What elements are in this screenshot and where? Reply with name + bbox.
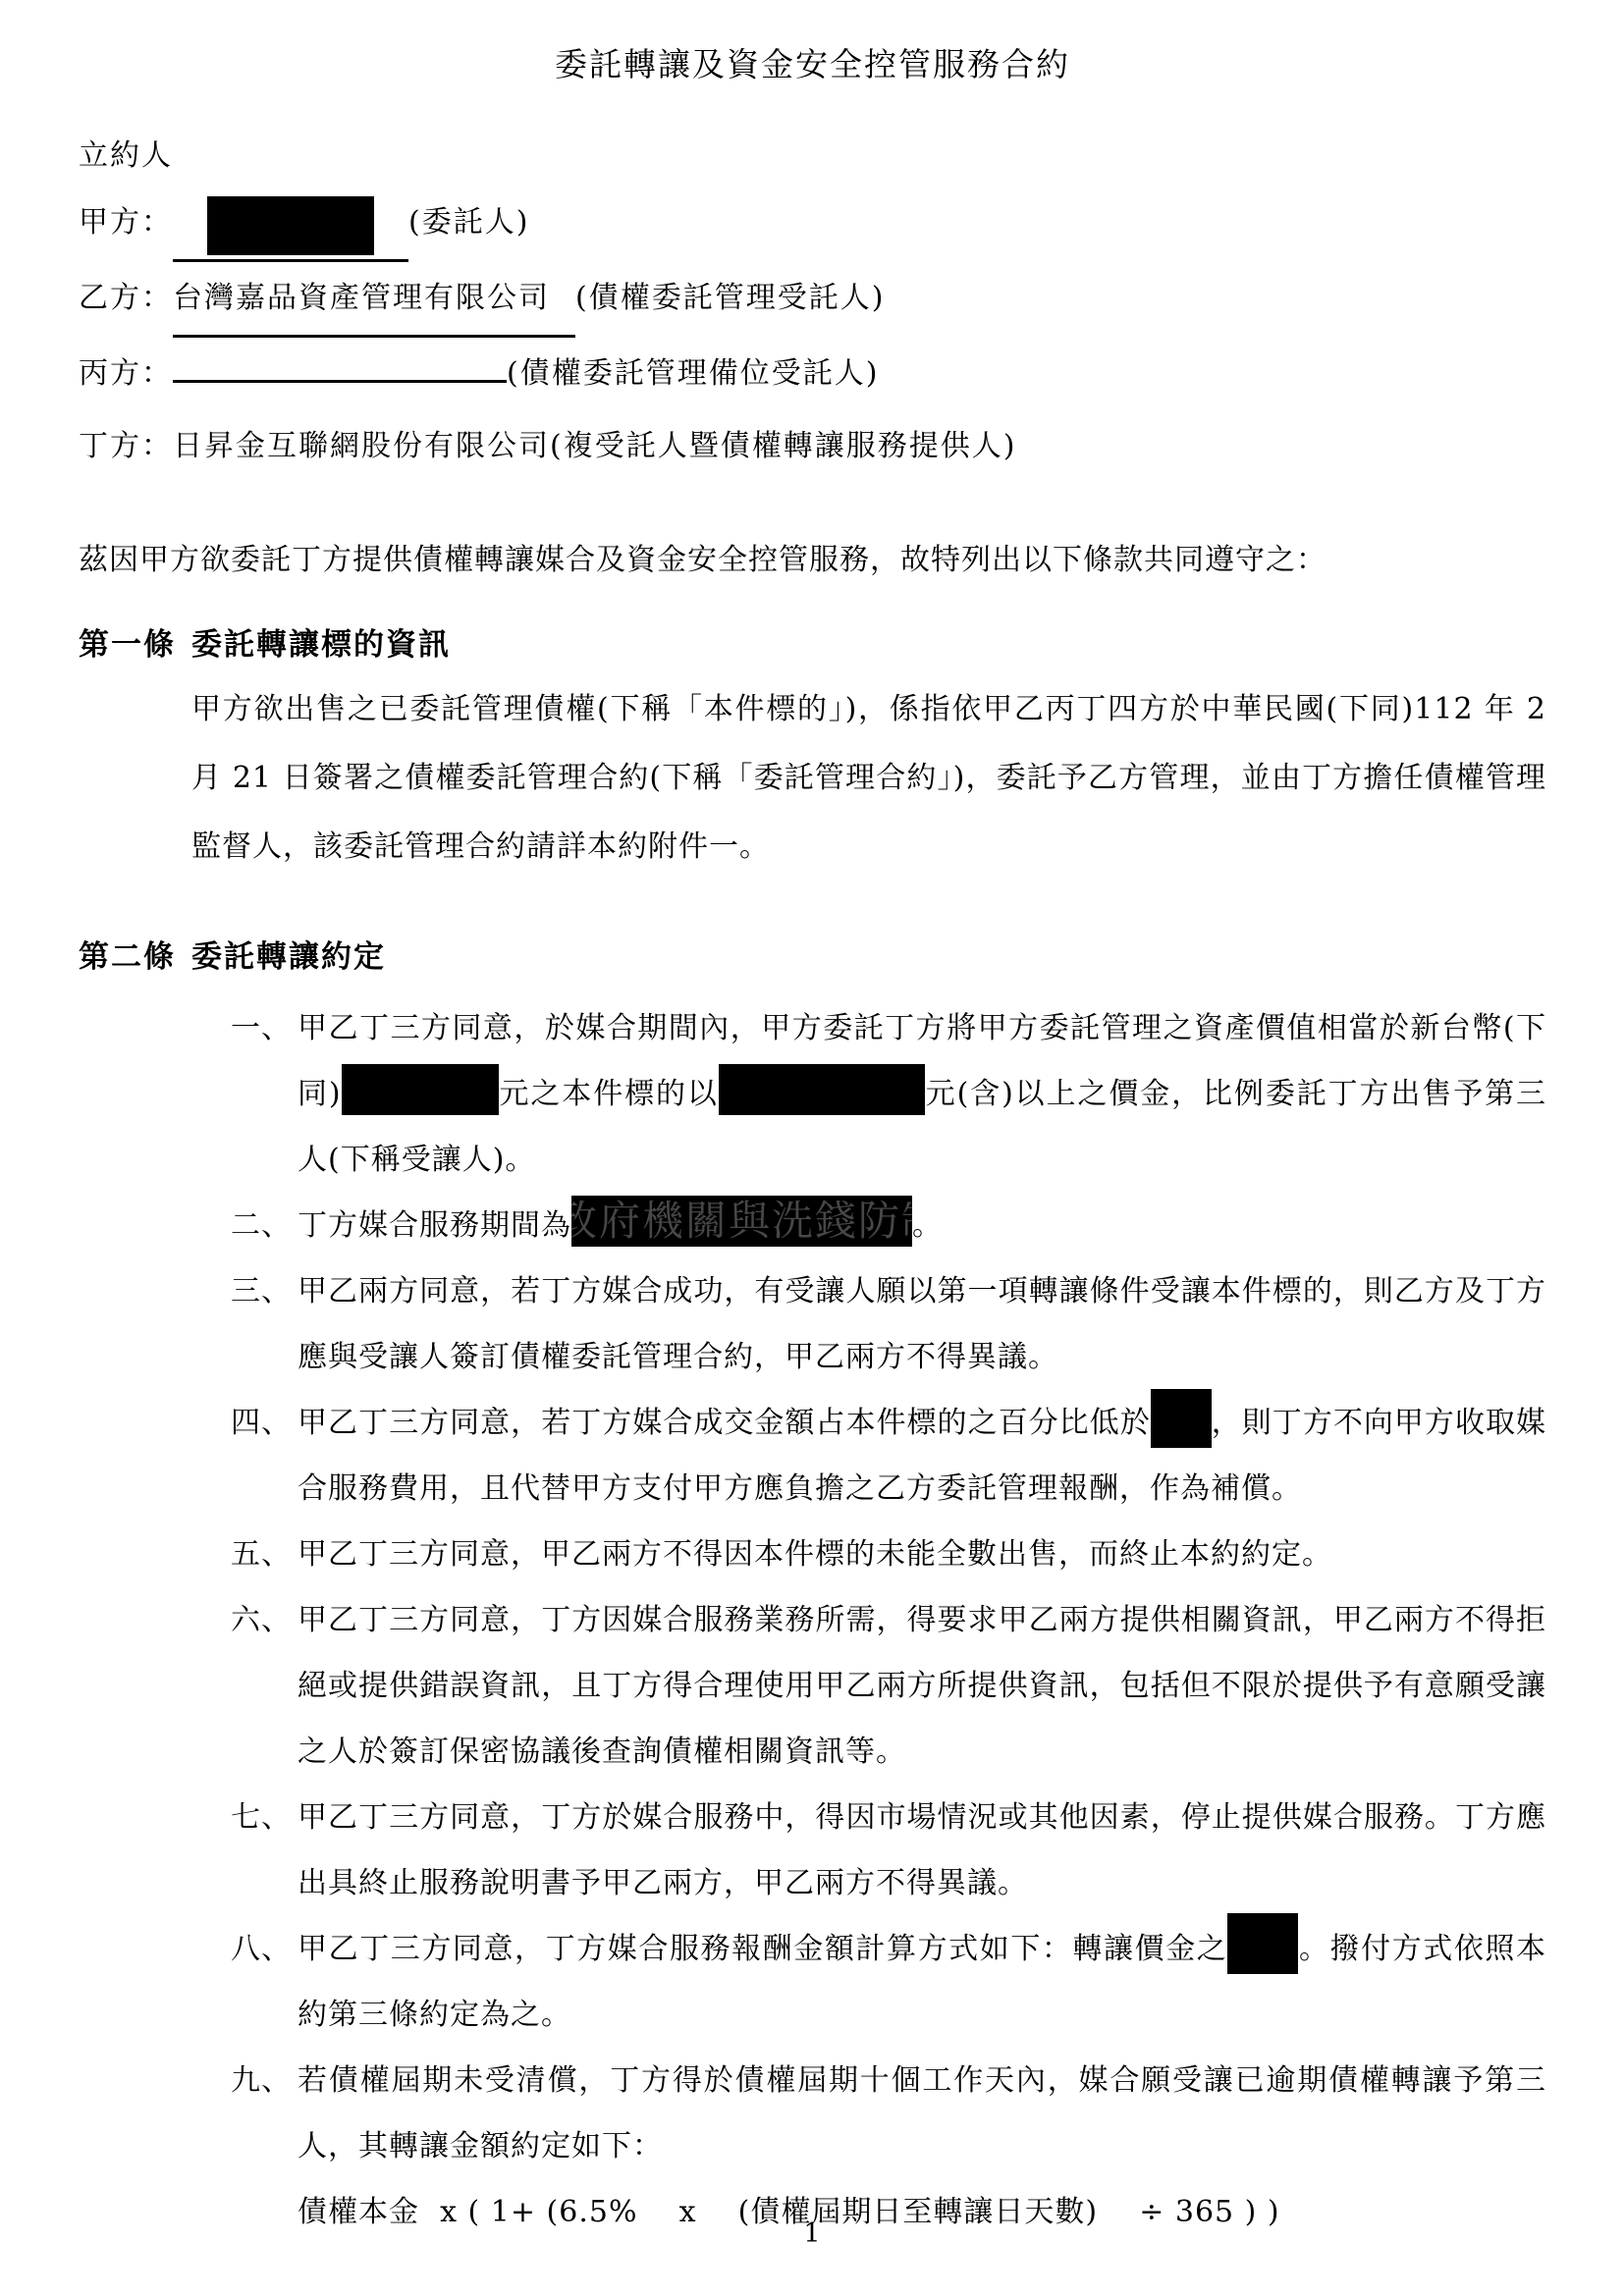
party-c-role: (債權委託管理備位受託人) <box>507 356 879 391</box>
article1-label: 第一條 <box>79 627 176 663</box>
parties-heading: 立約人 <box>79 126 1546 187</box>
clause-text: 若債權屆期未受清償，丁方得於債權屆期十個工作天內，媒合願受讓已逾期債權轉讓予第三… <box>298 2048 1546 2245</box>
article1-heading: 第一條委託轉讓標的資訊 <box>79 614 1546 675</box>
clause-item-2: 二、 丁方媒合服務期間為政府機關與洗錢防制。 <box>231 1193 1546 1258</box>
clause-text: 丁方媒合服務期間為政府機關與洗錢防制。 <box>298 1193 1546 1258</box>
party-b-name: 台灣嘉品資產管理有限公司 <box>173 262 575 338</box>
article2-clauses: 一、 甲乙丁三方同意，於媒合期間內，甲方委託丁方將甲方委託管理之資產價值相當於新… <box>79 995 1546 2245</box>
redaction-box <box>207 196 374 255</box>
clause-number: 二、 <box>231 1193 298 1258</box>
clause-item-4: 四、 甲乙丁三方同意，若丁方媒合成交金額占本件標的之百分比低於，則丁方不向甲方收… <box>231 1390 1546 1522</box>
clause-number: 五、 <box>231 1522 298 1587</box>
redaction-box <box>1151 1389 1212 1448</box>
page-number: 1 <box>0 2218 1624 2249</box>
clause-item-3: 三、 甲乙兩方同意，若丁方媒合成功，有受讓人願以第一項轉讓條件受讓本件標的，則乙… <box>231 1258 1546 1390</box>
preamble-paragraph: 茲因甲方欲委託丁方提供債權轉讓媒合及資金安全控管服務，故特列出以下條款共同遵守之… <box>79 530 1546 591</box>
document-title: 委託轉讓及資金安全控管服務合約 <box>79 41 1546 88</box>
article1-title: 委託轉讓標的資訊 <box>191 627 451 663</box>
clause-number: 九、 <box>231 2048 298 2113</box>
party-d-name: 日昇金互聯網股份有限公司 <box>173 429 550 463</box>
article2-title: 委託轉讓約定 <box>191 939 386 975</box>
party-a-underline <box>173 187 408 262</box>
clause-text: 甲乙丁三方同意，甲乙兩方不得因本件標的未能全數出售，而終止本約約定。 <box>298 1522 1546 1587</box>
article2-heading: 第二條委託轉讓約定 <box>79 927 1546 988</box>
clause-text: 甲乙丁三方同意，丁方因媒合服務業務所需，得要求甲乙兩方提供相關資訊，甲乙兩方不得… <box>298 1587 1546 1785</box>
party-a-label: 甲方： <box>79 205 173 240</box>
clause-text-segment: 若債權屆期未受清償，丁方得於債權屆期十個工作天內，媒合願受讓已逾期債權轉讓予第三… <box>298 2063 1546 2163</box>
clause-number: 六、 <box>231 1587 298 1653</box>
clause-item-8: 八、 甲乙丁三方同意，丁方媒合服務報酬金額計算方式如下：轉讓價金之。撥付方式依照… <box>231 1916 1546 2048</box>
clause-number: 四、 <box>231 1390 298 1456</box>
clause-item-9: 九、 若債權屆期未受清償，丁方得於債權屆期十個工作天內，媒合願受讓已逾期債權轉讓… <box>231 2048 1546 2245</box>
party-d-label: 丁方： <box>79 429 173 463</box>
party-b-line: 乙方：台灣嘉品資產管理有限公司(債權委託管理受託人) <box>79 262 1546 338</box>
clause-item-5: 五、 甲乙丁三方同意，甲乙兩方不得因本件標的未能全數出售，而終止本約約定。 <box>231 1522 1546 1587</box>
party-c-blank-underline <box>173 347 507 383</box>
clause-text-segment: 元之本件標的以 <box>499 1077 719 1111</box>
party-b-label: 乙方： <box>79 281 173 315</box>
clause-number: 七、 <box>231 1785 298 1850</box>
party-b-role: (債權委託管理受託人) <box>575 281 885 315</box>
clause-number: 八、 <box>231 1916 298 1982</box>
clause-item-1: 一、 甲乙丁三方同意，於媒合期間內，甲方委託丁方將甲方委託管理之資產價值相當於新… <box>231 995 1546 1193</box>
clause-text: 甲乙丁三方同意，於媒合期間內，甲方委託丁方將甲方委託管理之資產價值相當於新台幣(… <box>298 995 1546 1193</box>
clause-text-segment: 丁方媒合服務期間為 <box>298 1208 571 1243</box>
clause-number: 三、 <box>231 1258 298 1324</box>
clause-text: 甲乙丁三方同意，丁方於媒合服務中，得因市場情況或其他因素，停止提供媒合服務。丁方… <box>298 1785 1546 1916</box>
clause-text: 甲乙丁三方同意，丁方媒合服務報酬金額計算方式如下：轉讓價金之。撥付方式依照本約第… <box>298 1916 1546 2048</box>
article2-label: 第二條 <box>79 939 176 975</box>
watermark-text: 政府機關與洗錢防制 <box>571 1196 912 1247</box>
contract-page: 委託轉讓及資金安全控管服務合約 立約人 甲方：(委託人) 乙方：台灣嘉品資產管理… <box>0 0 1624 2296</box>
party-d-line: 丁方：日昇金互聯網股份有限公司(複受託人暨債權轉讓服務提供人) <box>79 410 1546 483</box>
redaction-box-with-watermark: 政府機關與洗錢防制 <box>571 1196 912 1247</box>
party-a-line: 甲方：(委託人) <box>79 187 1546 262</box>
clause-text-segment: 。 <box>912 1208 943 1243</box>
clause-text-segment: 甲乙丁三方同意，丁方媒合服務報酬金額計算方式如下：轉讓價金之 <box>298 1932 1227 1966</box>
clause-text: 甲乙丁三方同意，若丁方媒合成交金額占本件標的之百分比低於，則丁方不向甲方收取媒合… <box>298 1390 1546 1522</box>
party-c-label: 丙方： <box>79 356 173 391</box>
party-a-role: (委託人) <box>408 205 529 240</box>
parties-section: 立約人 甲方：(委託人) 乙方：台灣嘉品資產管理有限公司(債權委託管理受託人) … <box>79 126 1546 483</box>
clause-number: 一、 <box>231 995 298 1061</box>
party-d-role: (複受託人暨債權轉讓服務提供人) <box>550 429 1016 463</box>
party-c-line: 丙方：(債權委託管理備位受託人) <box>79 338 1546 410</box>
redaction-box <box>342 1064 499 1115</box>
clause-item-7: 七、 甲乙丁三方同意，丁方於媒合服務中，得因市場情況或其他因素，停止提供媒合服務… <box>231 1785 1546 1916</box>
article1-body: 甲方欲出售之已委託管理債權(下稱「本件標的」)，係指依甲乙丙丁四方於中華民國(下… <box>79 675 1546 881</box>
clause-text: 甲乙兩方同意，若丁方媒合成功，有受讓人願以第一項轉讓條件受讓本件標的，則乙方及丁… <box>298 1258 1546 1390</box>
redaction-box <box>719 1064 925 1115</box>
clause-item-6: 六、 甲乙丁三方同意，丁方因媒合服務業務所需，得要求甲乙兩方提供相關資訊，甲乙兩… <box>231 1587 1546 1785</box>
clause-text-segment: 甲乙丁三方同意，若丁方媒合成交金額占本件標的之百分比低於 <box>298 1406 1151 1440</box>
redaction-box <box>1227 1913 1298 1974</box>
